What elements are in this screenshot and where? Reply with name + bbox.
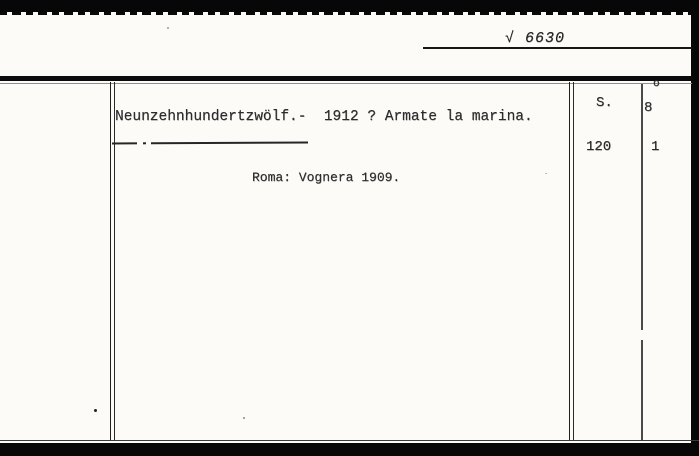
entry-heading-underline <box>112 141 308 144</box>
card-bottom-rule <box>0 440 699 441</box>
reference-number: √ 6630 <box>505 30 565 47</box>
pages-value: 120 <box>586 139 611 155</box>
format-superscript-mark: o <box>653 78 660 90</box>
scan-edge-top <box>0 0 699 12</box>
column-divider-middle <box>569 82 574 440</box>
header-rule-thin <box>0 83 692 84</box>
reference-underline <box>423 47 692 49</box>
scan-speck <box>243 417 245 419</box>
scan-speck <box>167 27 169 29</box>
column-divider-right <box>641 84 643 440</box>
scan-speck <box>545 173 547 174</box>
entry-imprint: Roma: Vognera 1909. <box>252 170 400 185</box>
scan-speck <box>94 409 97 412</box>
right-column-bottom-value: 1 <box>651 139 659 155</box>
scan-edge-bottom <box>0 443 699 456</box>
catalog-card-scan: √ 6630 Neunzehnhundertzwölf.- 1912 ? Arm… <box>0 0 699 456</box>
pages-label: S. <box>596 95 613 111</box>
entry-heading: Neunzehnhundertzwölf.- 1912 ? Armate la … <box>115 109 533 125</box>
column-divider-left <box>110 82 115 440</box>
format-value: 8 <box>644 100 652 116</box>
header-rule-thick <box>0 76 692 81</box>
scan-edge-right <box>691 0 699 456</box>
scan-edge-top-ragged <box>0 12 699 15</box>
